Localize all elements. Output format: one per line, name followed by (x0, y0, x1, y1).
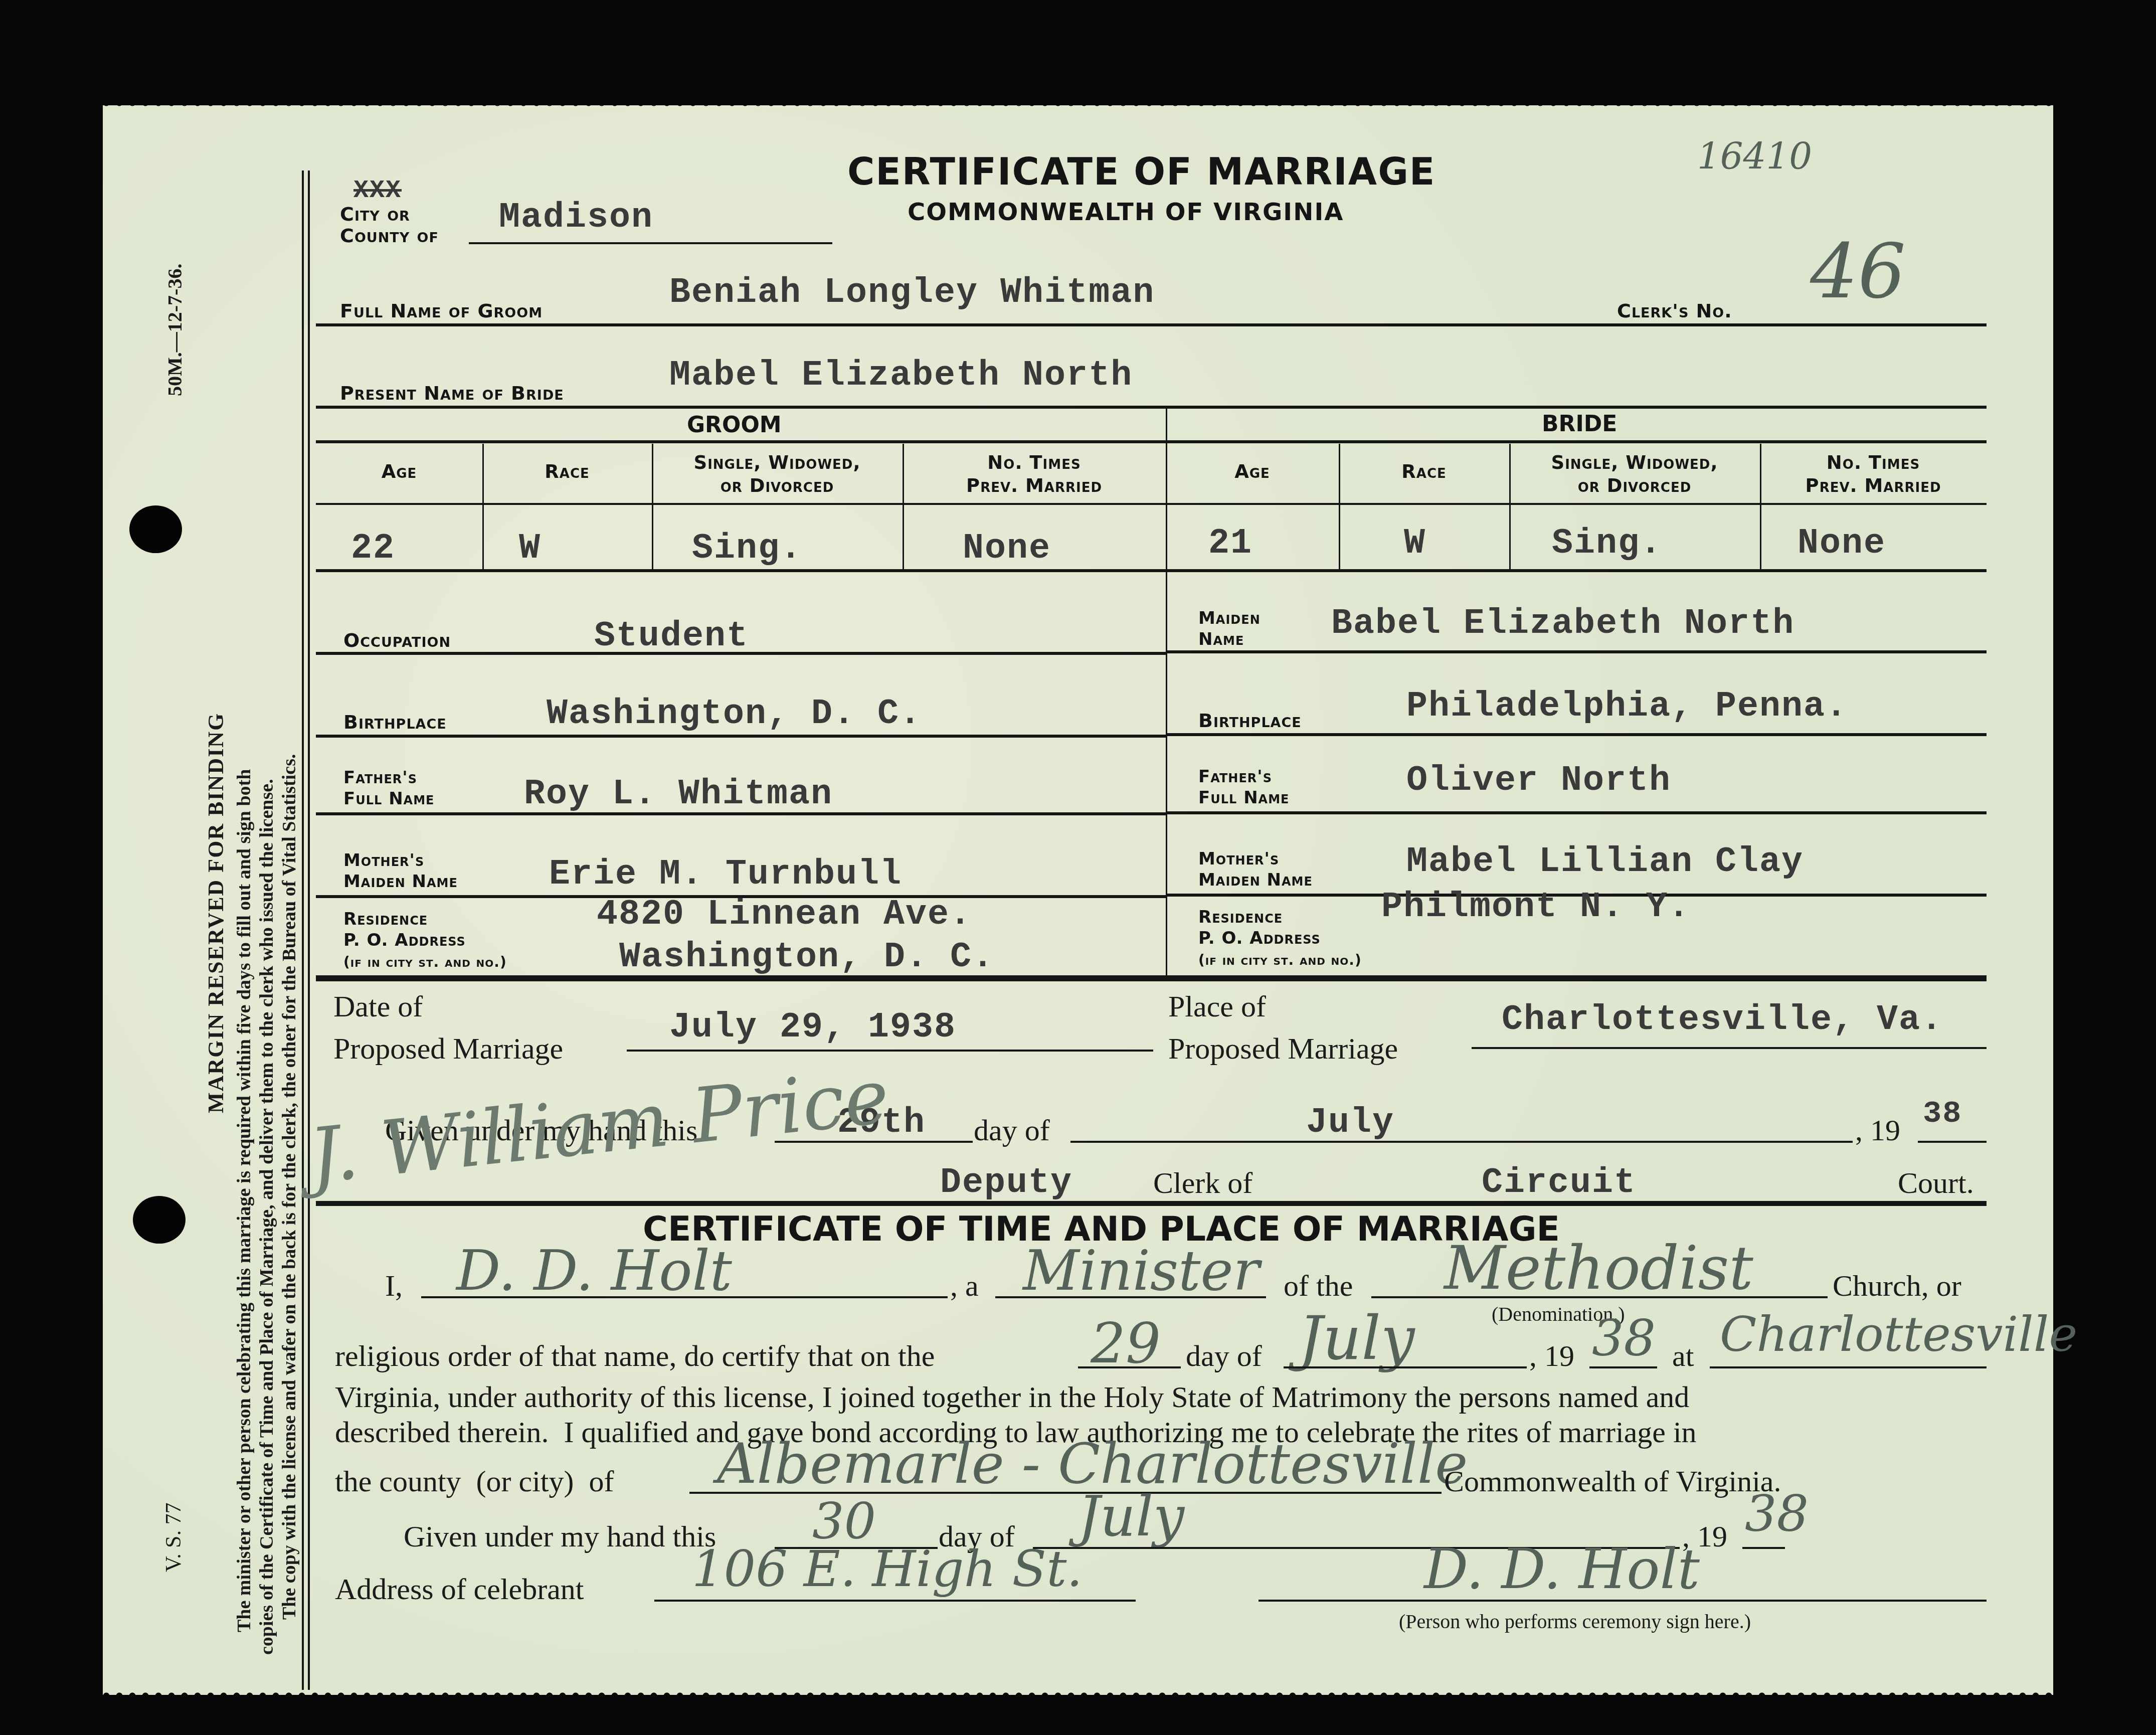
margin-rule-outer (302, 170, 304, 1690)
at-label: at (1672, 1339, 1694, 1373)
clerks-no-value: 46 (1810, 228, 1906, 315)
file-number: 16410 (1697, 135, 1812, 178)
denomination-rule (1371, 1296, 1828, 1298)
groom-name-rule (316, 323, 1987, 326)
print-code: 50M.—12-7-36. (163, 264, 187, 396)
binding-hole-top (129, 505, 182, 553)
date-proposed-rule (627, 1050, 1153, 1052)
of-the-label: of the (1284, 1269, 1353, 1303)
groom-birthplace-label: Birthplace (343, 711, 447, 733)
marriage-year-prefix: , 19 (1529, 1339, 1574, 1373)
groom-age: 22 (351, 529, 395, 569)
groom-heading: GROOM (687, 412, 782, 438)
margin-instruction-2: copies of the Certificate of Time and Pl… (256, 779, 278, 1655)
bride-mother-label: Mother'sMaiden Name (1198, 848, 1313, 891)
bride-col-age: Age (1166, 460, 1339, 483)
license-year-rule (1918, 1141, 1987, 1143)
form-code: V. S. 77 (160, 1502, 186, 1572)
cert-given-label: Given under my hand this (404, 1519, 716, 1554)
marriage-day-of: day of (1186, 1339, 1262, 1373)
i-label: I, (385, 1269, 403, 1303)
groom-times-married: None (963, 529, 1051, 569)
form-title: CERTIFICATE OF MARRIAGE (847, 150, 1435, 194)
celebrant-address-rule (654, 1600, 1136, 1602)
bride-col-times: No. TimesPrev. Married (1760, 451, 1987, 497)
groom-father-rule (316, 812, 1166, 815)
county-suffix: Commonwealth of Virginia. (1444, 1464, 1781, 1499)
groom-residence-line-2: Washington, D. C. (619, 938, 994, 977)
clerk-of-label: Clerk of (1153, 1166, 1252, 1200)
groom-col-age: Age (316, 460, 482, 483)
place-proposed-value: Charlottesville, Va. (1502, 1000, 1943, 1040)
occupation-label: Occupation (343, 629, 451, 651)
margin-instruction-3: The copy with the license and wafer on t… (278, 754, 300, 1620)
groom-mother-label: Mother'sMaiden Name (343, 850, 458, 892)
city-struck-out: XXX (353, 177, 402, 205)
groom-col-status: Single, Widowed,or Divorced (652, 451, 903, 497)
officiant-title: Minister (1023, 1239, 1260, 1303)
court-suffix: Court. (1898, 1166, 1974, 1200)
county-value: Madison (499, 198, 653, 238)
groom-name-label: Full Name of Groom (340, 300, 543, 322)
officiant-name: D. D. Holt (456, 1239, 732, 1303)
margin-rule-inner (308, 170, 310, 1690)
date-proposed-label: Date ofProposed Marriage (333, 985, 563, 1070)
margin-heading: MARGIN RESERVED FOR BINDING (203, 713, 229, 1113)
marriage-place-rule (1710, 1366, 1987, 1368)
bride-race: W (1404, 524, 1426, 564)
groom-residence-label: ResidenceP. O. Address(if in city st. an… (343, 909, 507, 973)
bride-maiden-rule (1166, 650, 1987, 653)
bride-name-value: Mabel Elizabeth North (669, 356, 1133, 396)
groom-father-label: Father'sFull Name (343, 767, 434, 809)
occupation-rule (316, 652, 1166, 655)
place-proposed-rule (1472, 1047, 1987, 1049)
city-or-label: City or (340, 203, 410, 225)
groom-name-value: Beniah Longley Whitman (669, 273, 1155, 313)
certify-line-prefix: religious order of that name, do certify… (335, 1339, 935, 1373)
date-proposed-value: July 29, 1938 (669, 1008, 956, 1048)
perforated-bottom-edge (103, 1689, 2053, 1696)
bride-age: 21 (1208, 524, 1252, 564)
marriage-month-value: July (1299, 1304, 1415, 1373)
marriage-county-rule (689, 1492, 1442, 1494)
church-or-label: Church, or (1833, 1269, 1961, 1303)
marriage-place-value: Charlottesville (1720, 1306, 2077, 1362)
cert-given-year-rule (1742, 1547, 1785, 1549)
officiant-title-rule (995, 1296, 1266, 1298)
marriage-year-rule (1589, 1366, 1657, 1368)
county-of-label: County of (340, 225, 439, 247)
officiant-name-rule (421, 1296, 948, 1298)
license-month-value: July (1306, 1103, 1394, 1143)
bride-name-label: Present Name of Bride (340, 382, 564, 404)
county-prefix: the county (or city) of (335, 1464, 614, 1499)
marriage-day-rule (1078, 1366, 1181, 1368)
groom-residence-line-1: 4820 Linnean Ave. (597, 895, 972, 935)
license-section-rule (316, 1201, 1987, 1206)
denomination-value: Methodist (1444, 1234, 1753, 1303)
bride-father-value: Oliver North (1406, 761, 1671, 801)
values-rule (316, 569, 1987, 572)
groom-father-value: Roy L. Whitman (524, 775, 833, 814)
bride-birthplace-label: Birthplace (1198, 710, 1302, 732)
bride-mother-value: Mabel Lillian Clay (1406, 842, 1804, 882)
bride-residence-label: ResidenceP. O. Address(if in city st. an… (1198, 907, 1362, 971)
groom-col-race: Race (482, 460, 652, 483)
court-value: Circuit (1482, 1163, 1636, 1203)
form-subtitle: COMMONWEALTH OF VIRGINIA (908, 198, 1344, 226)
clerk-title-value: Deputy (940, 1163, 1072, 1203)
marriage-day-value: 29 (1091, 1311, 1161, 1375)
license-year-prefix: , 19 (1855, 1113, 1900, 1148)
bride-maiden-value: Babel Elizabeth North (1331, 604, 1794, 644)
groom-bride-divider (1166, 406, 1167, 979)
groom-status: Sing. (692, 529, 802, 569)
bride-col-status: Single, Widowed,or Divorced (1509, 451, 1760, 497)
marriage-year-value: 38 (1592, 1309, 1656, 1367)
bride-birthplace-rule (1166, 733, 1987, 736)
certify-line-3: Virginia, under authority of this licens… (335, 1380, 1689, 1415)
groom-birthplace-rule (316, 735, 1166, 738)
bride-residence-value: Philmont N. Y. (1381, 888, 1690, 927)
bride-col-race: Race (1339, 460, 1509, 483)
place-proposed-label: Place ofProposed Marriage (1168, 985, 1398, 1070)
officiant-signature-rule (1259, 1600, 1987, 1602)
license-month-rule (1070, 1141, 1853, 1143)
county-underline (469, 242, 832, 244)
signature-caption: (Person who performs ceremony sign here.… (1399, 1610, 1751, 1633)
cert-given-year-value: 38 (1745, 1484, 1809, 1543)
occupation-value: Student (594, 617, 749, 656)
bride-status: Sing. (1552, 524, 1662, 564)
margin-instruction-1: The minister or other person celebrating… (233, 769, 255, 1632)
table-heading-rule (316, 440, 1987, 443)
celebrant-address-value: 106 E. High St. (692, 1539, 1083, 1598)
bride-father-rule (1166, 811, 1987, 814)
license-day-of: day of (974, 1113, 1050, 1148)
bride-birthplace-value: Philadelphia, Penna. (1406, 687, 1848, 727)
bride-father-label: Father'sFull Name (1198, 766, 1289, 808)
marriage-month-rule (1284, 1366, 1527, 1368)
license-year-value: 38 (1923, 1096, 1962, 1131)
groom-race: W (519, 529, 541, 569)
col-header-rule (316, 503, 1987, 505)
celebrant-address-label: Address of celebrant (335, 1572, 584, 1607)
a-label: , a (950, 1269, 979, 1303)
bride-heading: BRIDE (1542, 411, 1617, 437)
binding-hole-bottom (133, 1196, 186, 1244)
officiant-signature: D. D. Holt (1424, 1537, 1700, 1601)
bride-times-married: None (1798, 524, 1886, 564)
residence-thick-rule (316, 975, 1987, 981)
groom-col-times: No. TimesPrev. Married (903, 451, 1166, 497)
bride-maiden-label: MaidenName (1198, 608, 1261, 650)
cert-given-month-value: July (1078, 1484, 1184, 1548)
perforated-top-edge (103, 103, 2053, 110)
clerks-no-label: Clerk's No. (1617, 300, 1732, 322)
groom-birthplace-value: Washington, D. C. (547, 695, 922, 734)
groom-mother-value: Erie M. Turnbull (549, 855, 902, 895)
bride-name-rule (316, 406, 1987, 409)
